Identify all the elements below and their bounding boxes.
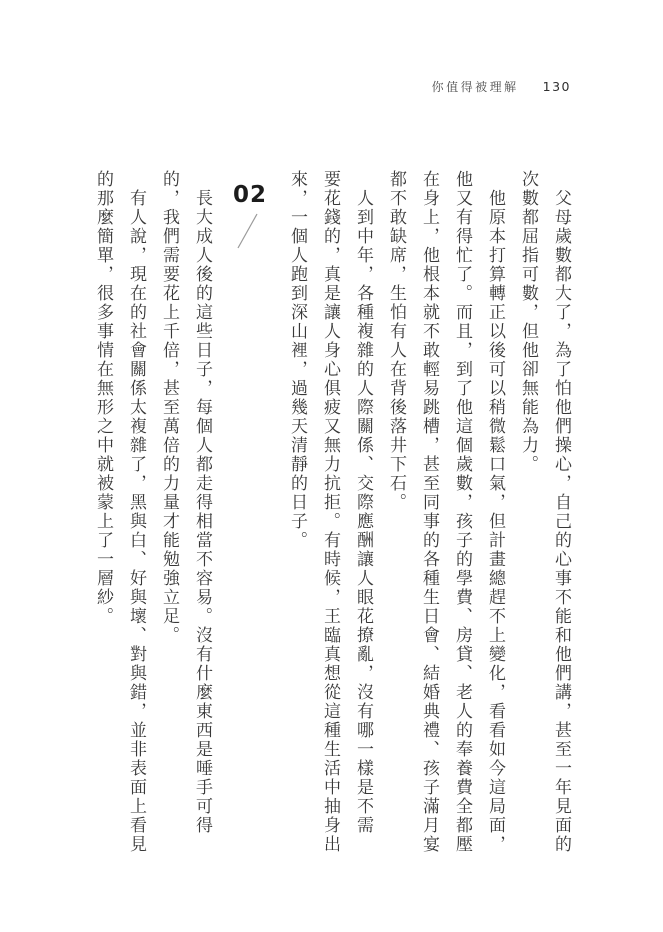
running-title: 你值得被理解: [432, 78, 519, 95]
text-column: 次數都屈指可數，但他卻無能為力。: [512, 170, 545, 864]
book-page: 你值得被理解 130 父母歲數都大了，為了怕他們操心，自己的心事不能和他們講，甚…: [0, 0, 663, 932]
text-column: 在身上，他根本就不敢輕易跳槽，甚至同事的各種生日會、結婚典禮、孩子滿月宴: [413, 170, 446, 864]
text-column: 來，一個人跑到深山裡，過幾天清靜的日子。: [281, 170, 314, 864]
text-column: 他又有得忙了。而且，到了他這個歲數，孩子的學費、房貸、老人的奉養費全都壓: [446, 170, 479, 864]
slash-icon: [234, 211, 260, 262]
text-column: 的，我們需要花上千倍，甚至萬倍的力量才能勉強立足。: [153, 170, 186, 864]
text-column: 都不敢缺席，生怕有人在背後落井下石。: [380, 170, 413, 864]
vertical-text-block: 父母歲數都大了，為了怕他們操心，自己的心事不能和他們講，甚至一年見面的 次數都屈…: [87, 170, 578, 864]
running-header: 你值得被理解 130: [432, 78, 571, 95]
text-column: 人到中年，各種複雜的人際關係、交際應酬讓人眼花撩亂，沒有哪一樣是不需: [347, 170, 380, 864]
section-marker: 02: [219, 170, 281, 864]
section-marker-inner: 02: [219, 170, 281, 864]
page-number: 130: [543, 79, 571, 94]
text-column: 父母歲數都大了，為了怕他們操心，自己的心事不能和他們講，甚至一年見面的: [545, 170, 578, 864]
text-column: 他原本打算轉正以後可以稍微鬆口氣，但計畫總趕不上變化，看看如今這局面，: [479, 170, 512, 864]
text-column: 的那麼簡單，很多事情在無形之中就被蒙上了一層紗。: [87, 170, 120, 864]
text-column: 長大成人後的這些日子，每個人都走得相當不容易。沒有什麼東西是唾手可得: [186, 170, 219, 864]
text-column: 要花錢的，真是讓人身心俱疲又無力抗拒。有時候，王臨真想從這種生活中抽身出: [314, 170, 347, 864]
text-column: 有人說，現在的社會關係太複雜了，黑與白、好與壞、對與錯，並非表面上看見: [120, 170, 153, 864]
section-number: 02: [233, 184, 267, 207]
